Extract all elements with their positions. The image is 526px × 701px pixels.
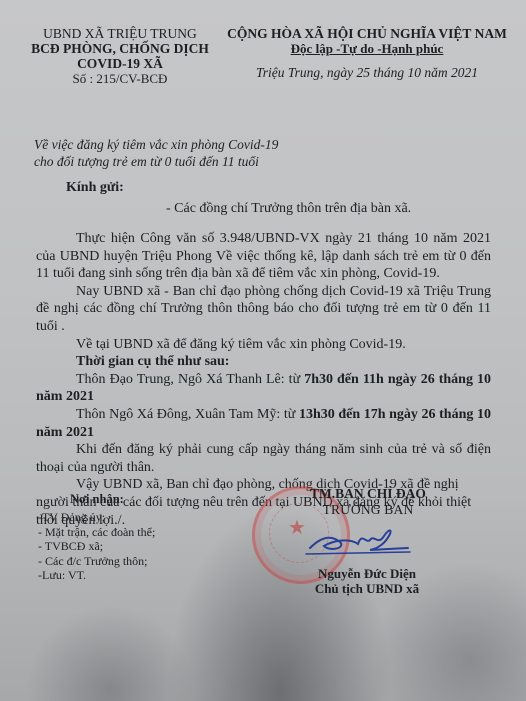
signature-on-behalf: TM.BAN CHỈ ĐẠO <box>298 486 438 502</box>
document-body: Thực hiện Công văn số 3.948/UBND-VX ngày… <box>36 230 491 529</box>
issuer-committee-line2: COVID-19 XÃ <box>30 56 210 71</box>
body-paragraph-3: Về tại UBND xã để đăng ký tiêm vắc xin p… <box>36 336 491 354</box>
subject-line-2: cho đối tượng trẻ em từ 0 tuổi đến 11 tu… <box>34 153 278 170</box>
greeting-recipient: - Các đồng chí Trưởng thôn trên địa bàn … <box>166 201 411 217</box>
schedule-place: Thôn Ngô Xá Đông, Xuân Tam Mỹ: từ <box>76 407 299 422</box>
recipient-item: - Các đ/c Trưởng thôn; <box>38 554 155 569</box>
place-date: Triệu Trung, ngày 25 tháng 10 năm 2021 <box>222 65 512 80</box>
signature-position: TRƯỞNG BAN <box>298 502 438 518</box>
signer-title: Chủ tịch UBND xã <box>292 581 442 596</box>
signature-block: TM.BAN CHỈ ĐẠO TRƯỞNG BAN <box>298 486 438 518</box>
greeting-label: Kính gửi: <box>66 180 124 196</box>
body-paragraph-4: Khi đến đăng ký phải cung cấp ngày tháng… <box>36 441 491 476</box>
subject-line-1: Về việc đăng ký tiêm vắc xin phòng Covid… <box>34 136 278 153</box>
issuer-header: UBND XÃ TRIỆU TRUNG BCĐ PHÒNG, CHỐNG DỊC… <box>30 26 210 86</box>
national-motto: Độc lập -Tự do -Hạnh phúc <box>222 41 512 56</box>
signer-name: Nguyễn Đức Diện <box>292 566 442 581</box>
body-paragraph-1: Thực hiện Công văn số 3.948/UBND-VX ngày… <box>36 230 491 283</box>
recipient-item: -TV Đảng ủy; <box>38 510 155 525</box>
document-number: Số : 215/CV-BCĐ <box>30 71 210 86</box>
body-paragraph-2: Nay UBND xã - Ban chỉ đạo phòng chống dị… <box>36 283 491 336</box>
handwritten-signature-icon <box>300 520 420 560</box>
national-title: CỘNG HÒA XÃ HỘI CHỦ NGHĨA VIỆT NAM <box>222 26 512 41</box>
document-page: UBND XÃ TRIỆU TRUNG BCĐ PHÒNG, CHỐNG DỊC… <box>0 0 526 701</box>
schedule-item: Thôn Đạo Trung, Ngô Xá Thanh Lê: từ 7h30… <box>36 371 491 406</box>
recipients-heading: Nơi nhận: <box>70 492 124 507</box>
recipient-item: -Lưu: VT. <box>38 568 155 583</box>
issuer-committee: BCĐ PHÒNG, CHỐNG DỊCH <box>30 41 210 56</box>
schedule-heading: Thời gian cụ thể như sau: <box>76 354 229 369</box>
signer: Nguyễn Đức Diện Chủ tịch UBND xã <box>292 566 442 596</box>
issuer-authority: UBND XÃ TRIỆU TRUNG <box>30 26 210 41</box>
document-subject: Về việc đăng ký tiêm vắc xin phòng Covid… <box>34 136 278 170</box>
recipient-item: - TVBCĐ xã; <box>38 539 155 554</box>
schedule-item: Thôn Ngô Xá Đông, Xuân Tam Mỹ: từ 13h30 … <box>36 406 491 441</box>
recipients-list: -TV Đảng ủy; - Mặt trận, các đoàn thể; -… <box>38 510 155 583</box>
recipient-item: - Mặt trận, các đoàn thể; <box>38 525 155 540</box>
national-header: CỘNG HÒA XÃ HỘI CHỦ NGHĨA VIỆT NAM Độc l… <box>222 26 512 80</box>
schedule-place: Thôn Đạo Trung, Ngô Xá Thanh Lê: từ <box>76 372 304 387</box>
